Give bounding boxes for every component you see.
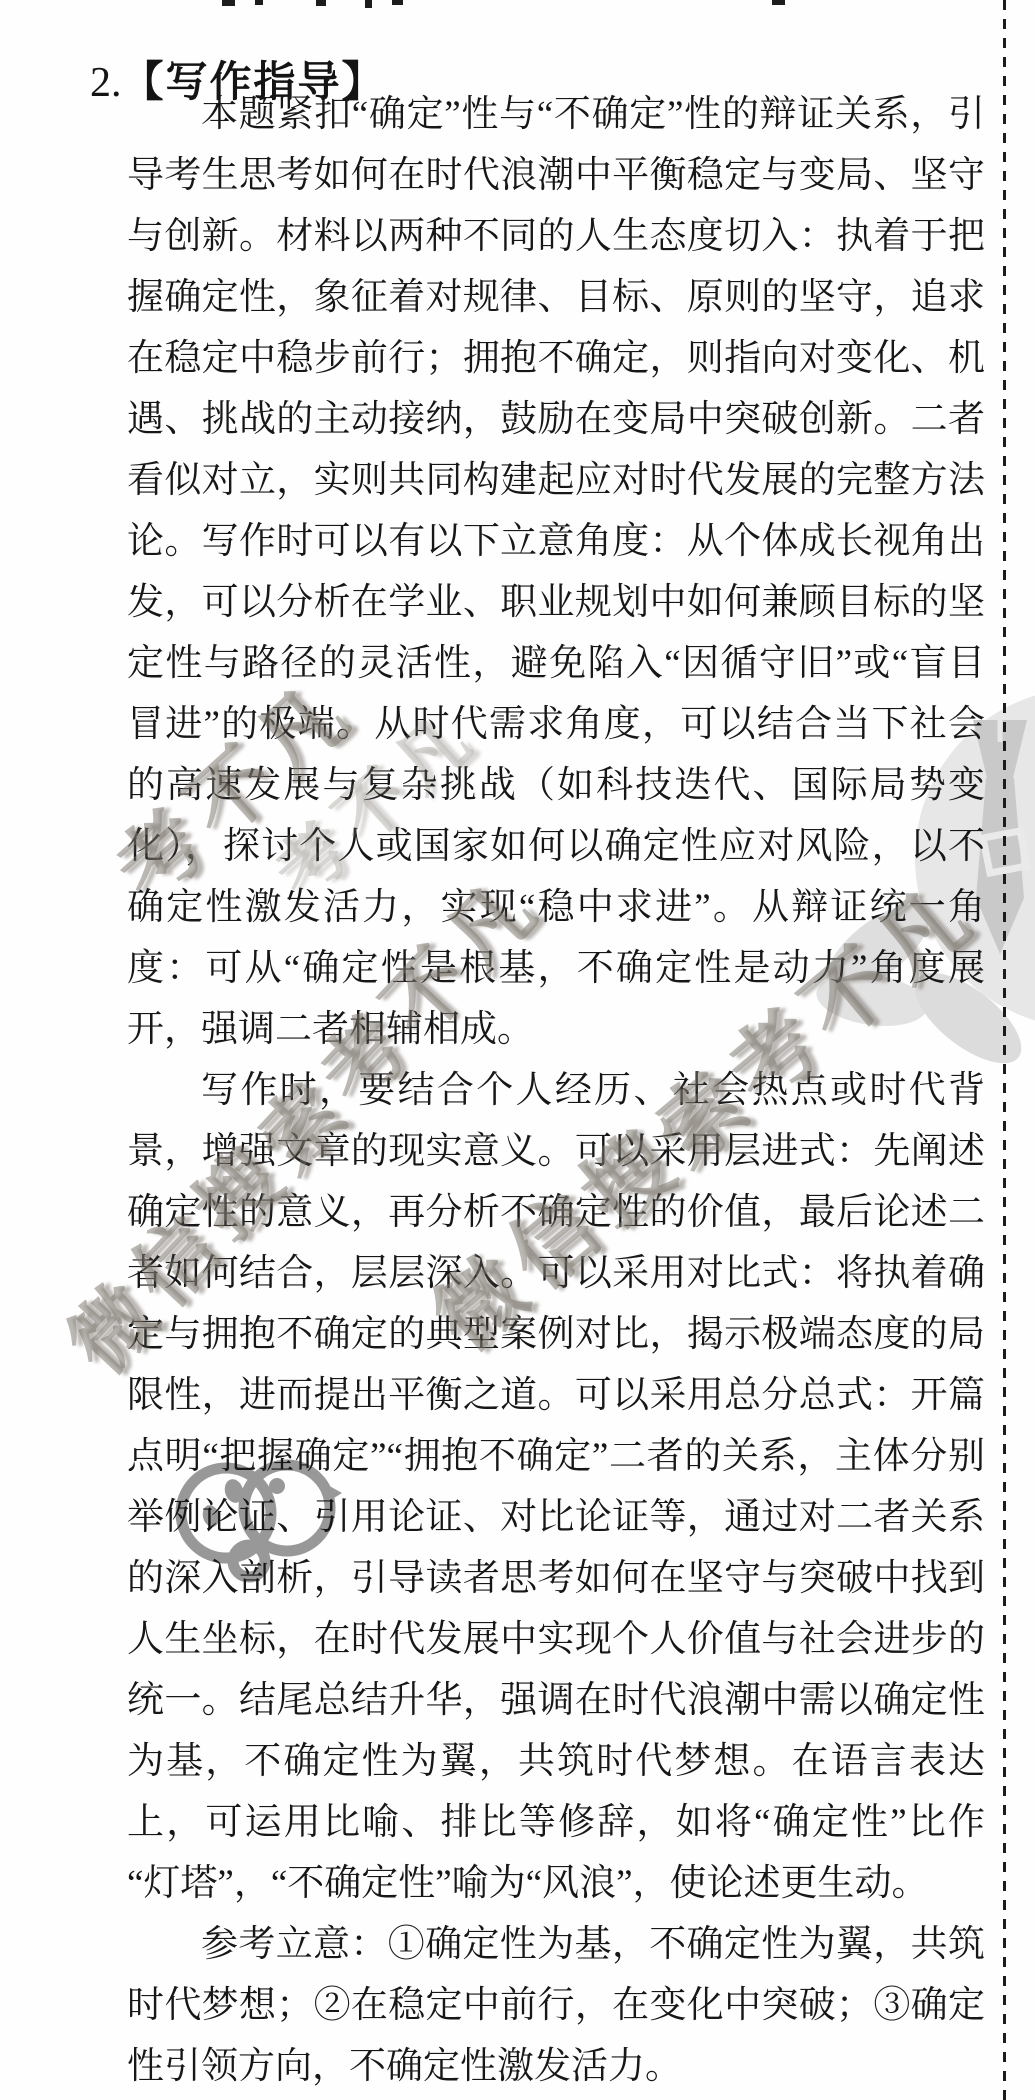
cut-text-fragment — [255, 0, 263, 5]
guidance-text: 本题紧扣“确定”性与“不确定”性的辩证关系，引导考生思考如何在时代浪潮中平衡稳定… — [127, 84, 985, 2097]
cut-text-fragment — [222, 0, 235, 6]
scanned-document-page: 2. 【写作指导】 本题紧扣“确定”性与“不确定”性的辩证关系，引导考生思考如何… — [0, 0, 1035, 2100]
column-divider-dashed-line — [1003, 0, 1006, 2100]
paragraph-structure: 写作时，要结合个人经历、社会热点或时代背景，增强文章的现实意义。可以采用层进式：… — [127, 1060, 985, 1914]
cut-text-fragment — [772, 0, 785, 5]
section-number: 2. — [90, 59, 122, 107]
paragraph-theme-points: 参考立意：①确定性为基，不确定性为翼，共筑时代梦想；②在稳定中前行，在变化中突破… — [127, 1914, 985, 2097]
paragraph-analysis: 本题紧扣“确定”性与“不确定”性的辩证关系，引导考生思考如何在时代浪潮中平衡稳定… — [127, 84, 985, 1060]
cut-text-fragment — [316, 0, 326, 6]
cut-text-fragment — [392, 0, 403, 5]
cut-text-fragment — [365, 0, 372, 8]
